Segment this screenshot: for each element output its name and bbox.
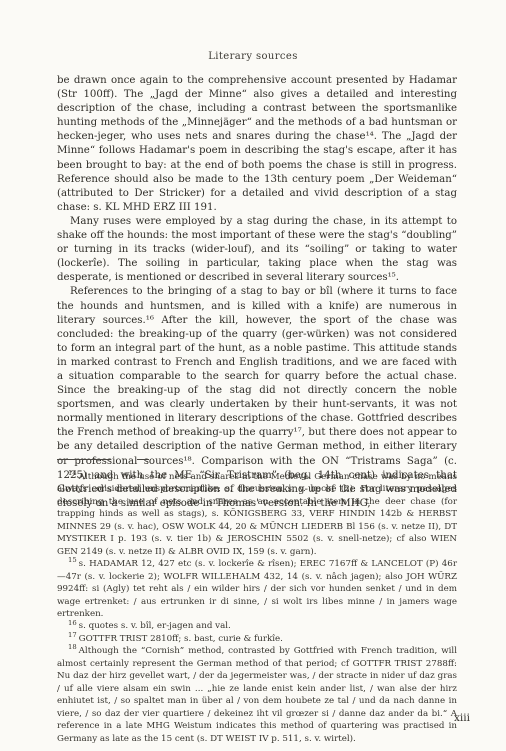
footnote-15: 15s. HADAMAR 12, 427 etc (s. v. lockerîe… (57, 558, 457, 620)
footnotes-block: 14Although the use of nets and snares in… (57, 471, 457, 745)
body-paragraph-1: be drawn once again to the comprehensive… (57, 74, 457, 215)
footnote-17-marker: 17 (68, 631, 77, 639)
body-paragraph-2: Many ruses were employed by a stag durin… (57, 215, 457, 285)
footnote-separator-line (57, 459, 111, 460)
footnote-15-marker: 15 (68, 556, 77, 564)
footnote-separator (57, 459, 149, 461)
running-head: Literary sources (0, 51, 506, 62)
footnote-18: 18Although the “Cornish” method, contras… (57, 645, 457, 745)
footnote-16: 16s. quotes s. v. bîl, er-jagen and val. (57, 620, 457, 632)
footnote-14-marker: 14 (68, 469, 77, 477)
footnote-14-text: Although the use of nets and snares in t… (57, 472, 457, 557)
footnote-17: 17GOTTFR TRIST 2810ff; s. bast, curie & … (57, 633, 457, 645)
footnote-18-text: Although the “Cornish” method, contraste… (57, 646, 457, 743)
footnote-14: 14Although the use of nets and snares in… (57, 471, 457, 558)
scanned-book-page: Literary sources be drawn once again to … (0, 0, 506, 751)
footnote-18-marker: 18 (68, 643, 77, 651)
body-text-block: be drawn once again to the comprehensive… (57, 74, 457, 511)
footnote-16-text: s. quotes s. v. bîl, er-jagen and val. (79, 621, 231, 631)
page-number: xiii (454, 712, 470, 724)
footnote-16-marker: 16 (68, 619, 77, 627)
footnote-separator-dash (137, 459, 149, 460)
footnote-17-text: GOTTFR TRIST 2810ff; s. bast, curie & fu… (79, 634, 283, 644)
footnote-15-text: s. HADAMAR 12, 427 etc (s. v. lockerîe &… (57, 559, 457, 619)
